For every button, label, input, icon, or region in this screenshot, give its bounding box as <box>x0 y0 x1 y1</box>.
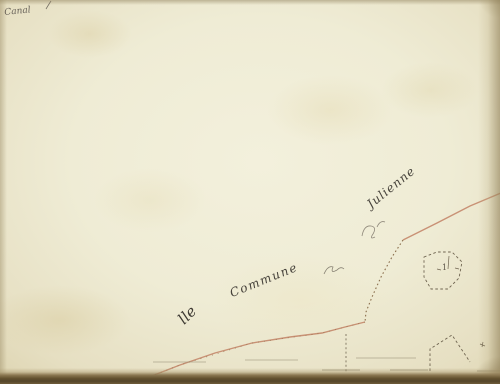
parcel-interior-tick <box>448 256 449 269</box>
survey-cross-mark <box>480 342 485 347</box>
parcel-number-label: 1 <box>442 263 447 272</box>
pen-flourish-mark <box>46 1 51 9</box>
road-line-upper <box>403 193 500 240</box>
road-line-dotted <box>365 240 403 322</box>
faint-hairlines-lower <box>322 370 500 371</box>
map-linework <box>0 0 500 384</box>
parcel-boundary-bottom-right <box>430 335 470 371</box>
road-line-lower <box>149 322 365 377</box>
scribble-flourish <box>362 222 385 238</box>
scribble-de <box>324 267 344 274</box>
map-sheet: Canal lle Commune Julienne 1 <box>0 0 500 384</box>
